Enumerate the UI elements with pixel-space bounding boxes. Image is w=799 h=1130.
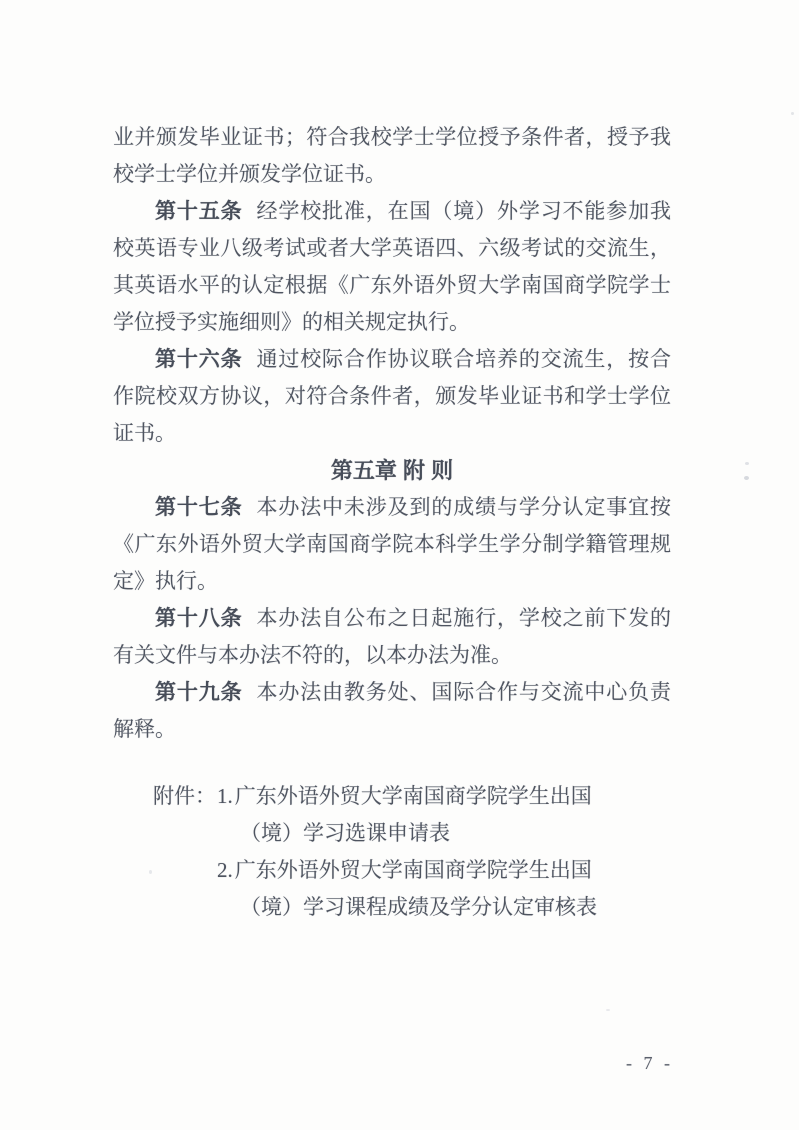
- attachment-list: 附件： 1.广东外语外贸大学南国商学院学生出国（境）学习选课申请表 2.广东外语…: [113, 778, 671, 926]
- article-19: 第十九条本办法由教务处、国际合作与交流中心负责解释。: [113, 674, 671, 748]
- article-16: 第十六条通过校际合作协议联合培养的交流生，按合作院校双方协议，对符合条件者，颁发…: [113, 341, 671, 452]
- scan-artifact: [149, 870, 152, 874]
- scan-artifact: [744, 476, 749, 480]
- attachment-item-1-text: 广东外语外贸大学南国商学院学生出国（境）学习选课申请表: [235, 784, 592, 845]
- page-number: - 7 -: [626, 1051, 671, 1075]
- scan-artifact: [791, 112, 794, 115]
- article-19-number: 第十九条: [155, 681, 242, 704]
- attachment-item-2-number: 2.: [217, 858, 233, 882]
- attachment-item-1-number: 1.: [217, 784, 233, 808]
- attachment-item-2-text: 广东外语外贸大学南国商学院学生出国（境）学习课程成绩及学分认定审核表: [235, 858, 597, 919]
- article-17-number: 第十七条: [155, 496, 242, 519]
- article-15: 第十五条经学校批准，在国（境）外学习不能参加我校英语专业八级考试或者大学英语四、…: [113, 193, 671, 341]
- scan-artifact: [745, 462, 749, 465]
- article-16-number: 第十六条: [155, 348, 242, 371]
- attachment-label: 附件：: [153, 778, 217, 815]
- article-17: 第十七条本办法中未涉及到的成绩与学分认定事宜按《广东外语外贸大学南国商学院本科学…: [113, 489, 671, 600]
- article-18: 第十八条本办法自公布之日起施行，学校之前下发的有关文件与本办法不符的，以本办法为…: [113, 600, 671, 674]
- document-body: 业并颁发毕业证书；符合我校学士学位授予条件者，授予我校学士学位并颁发学位证书。 …: [113, 119, 671, 926]
- scanned-document-page: 业并颁发毕业证书；符合我校学士学位授予条件者，授予我校学士学位并颁发学位证书。 …: [0, 0, 799, 1130]
- article-18-number: 第十八条: [155, 607, 242, 630]
- attachment-item-1: 1.广东外语外贸大学南国商学院学生出国（境）学习选课申请表: [217, 778, 642, 852]
- paragraph-continuation: 业并颁发毕业证书；符合我校学士学位授予条件者，授予我校学士学位并颁发学位证书。: [113, 119, 671, 193]
- attachment-items: 1.广东外语外贸大学南国商学院学生出国（境）学习选课申请表 2.广东外语外贸大学…: [217, 778, 642, 926]
- attachment-item-2: 2.广东外语外贸大学南国商学院学生出国（境）学习课程成绩及学分认定审核表: [217, 852, 642, 926]
- chapter-heading: 第五章 附 则: [113, 452, 671, 489]
- scan-artifact: [606, 1009, 610, 1011]
- article-15-number: 第十五条: [155, 200, 242, 223]
